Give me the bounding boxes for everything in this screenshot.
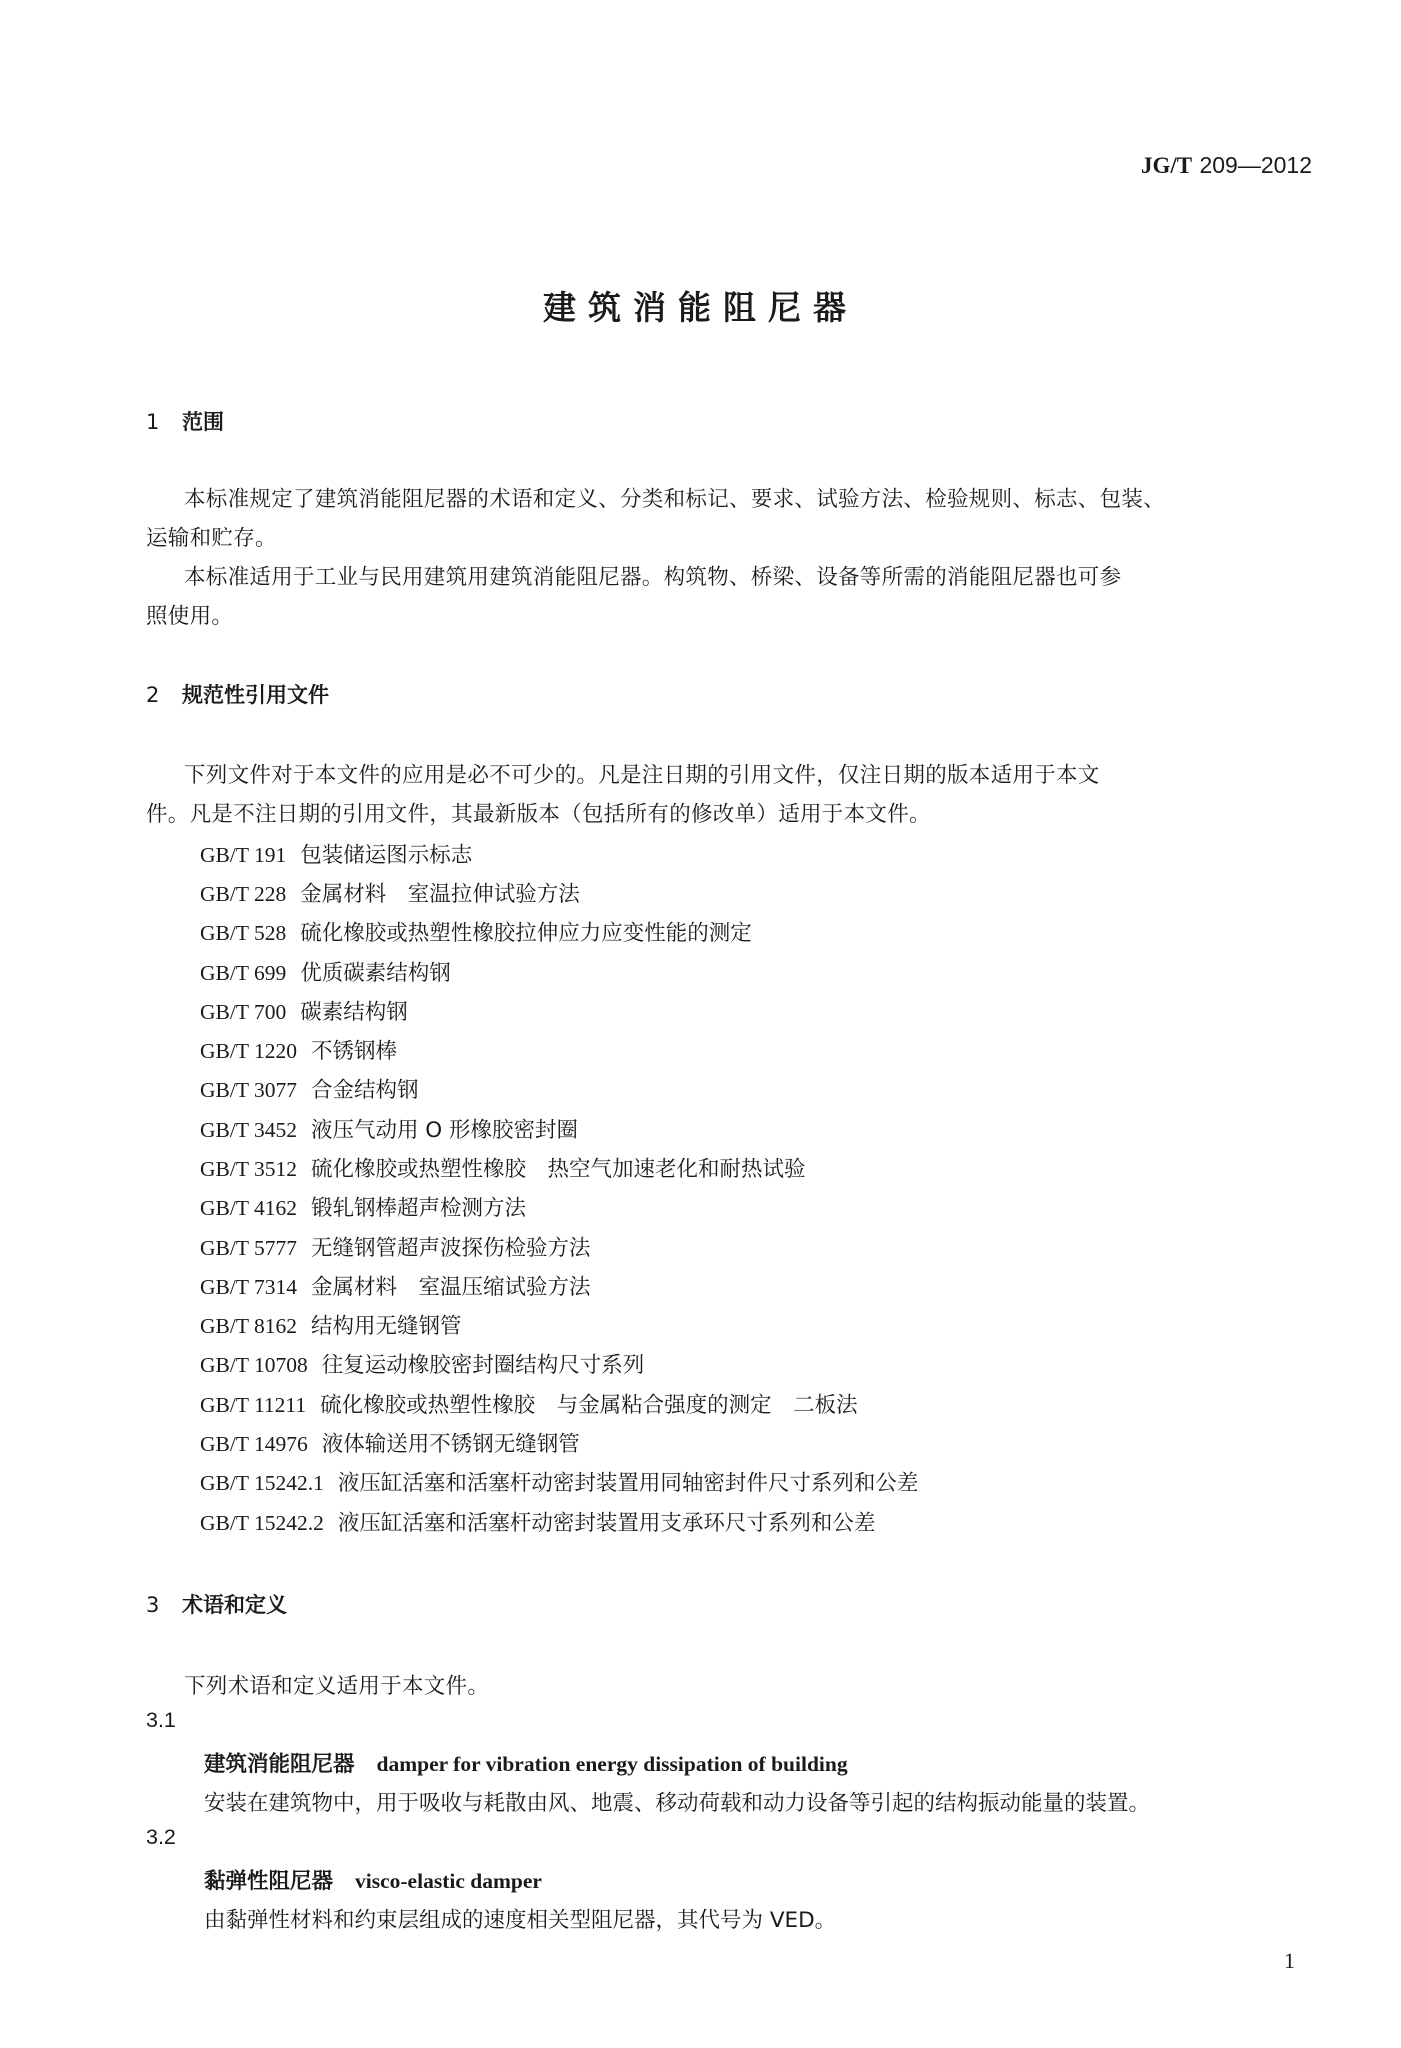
paragraph-line: 件。凡是不注日期的引用文件，其最新版本（包括所有的修改单）适用于本文件。 xyxy=(146,797,931,828)
reference-title: 金属材料 室温压缩试验方法 xyxy=(311,1275,591,1300)
clause-number: 3.2 xyxy=(146,1825,176,1850)
reference-title: 锻轧钢棒超声检测方法 xyxy=(311,1196,526,1221)
reference-title: 合金结构钢 xyxy=(311,1078,419,1103)
reference-code: GB/T 5777 xyxy=(200,1236,297,1261)
reference-item: GB/T 15242.2液压缸活塞和活塞杆动密封装置用支承环尺寸系列和公差 xyxy=(200,1506,875,1537)
reference-title: 金属材料 室温拉伸试验方法 xyxy=(300,882,580,907)
reference-code: GB/T 10708 xyxy=(200,1353,308,1378)
reference-code: GB/T 699 xyxy=(200,961,286,986)
term-entry: 黏弹性阻尼器visco-elastic damper xyxy=(204,1864,542,1895)
reference-item: GB/T 700碳素结构钢 xyxy=(200,995,408,1026)
reference-code: GB/T 1220 xyxy=(200,1039,297,1064)
reference-code: GB/T 3077 xyxy=(200,1078,297,1103)
reference-item: GB/T 528硫化橡胶或热塑性橡胶拉伸应力应变性能的测定 xyxy=(200,916,752,947)
paragraph-line: 本标准适用于工业与民用建筑用建筑消能阻尼器。构筑物、桥梁、设备等所需的消能阻尼器… xyxy=(184,560,1121,591)
reference-item: GB/T 5777无缝钢管超声波探伤检验方法 xyxy=(200,1231,590,1262)
reference-code: GB/T 700 xyxy=(200,1000,286,1025)
reference-item: GB/T 8162结构用无缝钢管 xyxy=(200,1309,461,1340)
reference-item: GB/T 3077合金结构钢 xyxy=(200,1073,418,1104)
reference-title: 液压缸活塞和活塞杆动密封装置用支承环尺寸系列和公差 xyxy=(338,1511,876,1536)
section-title: 术语和定义 xyxy=(182,1593,287,1617)
reference-item: GB/T 15242.1液压缸活塞和活塞杆动密封装置用同轴密封件尺寸系列和公差 xyxy=(200,1466,918,1497)
reference-code: GB/T 191 xyxy=(200,843,286,868)
reference-title: 液体输送用不锈钢无缝钢管 xyxy=(322,1432,580,1457)
term-en: damper for vibration energy dissipation … xyxy=(377,1752,848,1776)
paragraph-line: 下列文件对于本文件的应用是必不可少的。凡是注日期的引用文件，仅注日期的版本适用于… xyxy=(184,758,1100,789)
paragraph-line: 运输和贮存。 xyxy=(146,521,277,552)
reference-code: GB/T 15242.1 xyxy=(200,1471,324,1496)
reference-item: GB/T 3452液压气动用 O 形橡胶密封圈 xyxy=(200,1113,578,1144)
paragraph-line: 本标准规定了建筑消能阻尼器的术语和定义、分类和标记、要求、试验方法、检验规则、标… xyxy=(184,482,1165,513)
reference-title: 包装储运图示标志 xyxy=(300,843,472,868)
reference-code: GB/T 11211 xyxy=(200,1393,306,1418)
reference-item: GB/T 1220不锈钢棒 xyxy=(200,1034,397,1065)
reference-item: GB/T 699优质碳素结构钢 xyxy=(200,956,451,987)
reference-item: GB/T 3512硫化橡胶或热塑性橡胶 热空气加速老化和耐热试验 xyxy=(200,1152,805,1183)
page-number: 1 xyxy=(1284,1948,1295,1974)
standard-number: 209—2012 xyxy=(1199,152,1312,178)
term-definition: 安装在建筑物中，用于吸收与耗散由风、地震、移动荷载和动力设备等引起的结构振动能量… xyxy=(204,1786,1150,1817)
reference-title: 液压缸活塞和活塞杆动密封装置用同轴密封件尺寸系列和公差 xyxy=(338,1471,919,1496)
section-heading-normative-references: 2规范性引用文件 xyxy=(146,679,329,709)
term-definition: 由黏弹性材料和约束层组成的速度相关型阻尼器，其代号为 VED。 xyxy=(204,1903,836,1934)
reference-title: 硫化橡胶或热塑性橡胶 热空气加速老化和耐热试验 xyxy=(311,1157,806,1182)
reference-item: GB/T 7314金属材料 室温压缩试验方法 xyxy=(200,1270,590,1301)
paragraph-line: 下列术语和定义适用于本文件。 xyxy=(184,1669,489,1700)
paragraph-line: 照使用。 xyxy=(146,599,233,630)
section-heading-terms-definitions: 3术语和定义 xyxy=(146,1589,287,1619)
reference-item: GB/T 14976液体输送用不锈钢无缝钢管 xyxy=(200,1427,580,1458)
clause-number: 3.1 xyxy=(146,1708,176,1733)
reference-title: 硫化橡胶或热塑性橡胶拉伸应力应变性能的测定 xyxy=(300,921,752,946)
section-number: 1 xyxy=(146,410,182,434)
reference-code: GB/T 8162 xyxy=(200,1314,297,1339)
term-zh: 建筑消能阻尼器 xyxy=(204,1752,355,1777)
reference-title: 不锈钢棒 xyxy=(311,1039,397,1064)
reference-code: GB/T 528 xyxy=(200,921,286,946)
section-title: 规范性引用文件 xyxy=(182,683,329,707)
section-number: 3 xyxy=(146,1593,182,1617)
reference-code: GB/T 14976 xyxy=(200,1432,308,1457)
section-number: 2 xyxy=(146,683,182,707)
reference-item: GB/T 10708往复运动橡胶密封圈结构尺寸系列 xyxy=(200,1348,644,1379)
reference-code: GB/T 4162 xyxy=(200,1196,297,1221)
reference-item: GB/T 228金属材料 室温拉伸试验方法 xyxy=(200,877,580,908)
reference-title: 优质碳素结构钢 xyxy=(300,961,451,986)
reference-title: 无缝钢管超声波探伤检验方法 xyxy=(311,1236,591,1261)
section-heading-scope: 1范围 xyxy=(146,406,224,436)
term-entry: 建筑消能阻尼器damper for vibration energy dissi… xyxy=(204,1747,848,1778)
reference-item: GB/T 4162锻轧钢棒超声检测方法 xyxy=(200,1191,526,1222)
standard-prefix: JG/T xyxy=(1141,153,1192,178)
reference-code: GB/T 3452 xyxy=(200,1118,297,1143)
reference-title: 碳素结构钢 xyxy=(300,1000,408,1025)
reference-item: GB/T 11211硫化橡胶或热塑性橡胶 与金属粘合强度的测定 二板法 xyxy=(200,1388,858,1419)
reference-item: GB/T 191包装储运图示标志 xyxy=(200,838,472,869)
reference-title: 硫化橡胶或热塑性橡胶 与金属粘合强度的测定 二板法 xyxy=(320,1393,858,1418)
reference-code: GB/T 7314 xyxy=(200,1275,297,1300)
reference-code: GB/T 3512 xyxy=(200,1157,297,1182)
reference-title: 液压气动用 O 形橡胶密封圈 xyxy=(311,1118,578,1143)
document-title: 建筑消能阻尼器 xyxy=(0,282,1401,329)
reference-title: 结构用无缝钢管 xyxy=(311,1314,462,1339)
reference-title: 往复运动橡胶密封圈结构尺寸系列 xyxy=(322,1353,645,1378)
reference-code: GB/T 15242.2 xyxy=(200,1511,324,1536)
term-en: visco-elastic damper xyxy=(355,1869,542,1893)
standard-code: JG/T 209—2012 xyxy=(1141,152,1312,179)
reference-code: GB/T 228 xyxy=(200,882,286,907)
section-title: 范围 xyxy=(182,410,224,434)
term-zh: 黏弹性阻尼器 xyxy=(204,1869,333,1894)
